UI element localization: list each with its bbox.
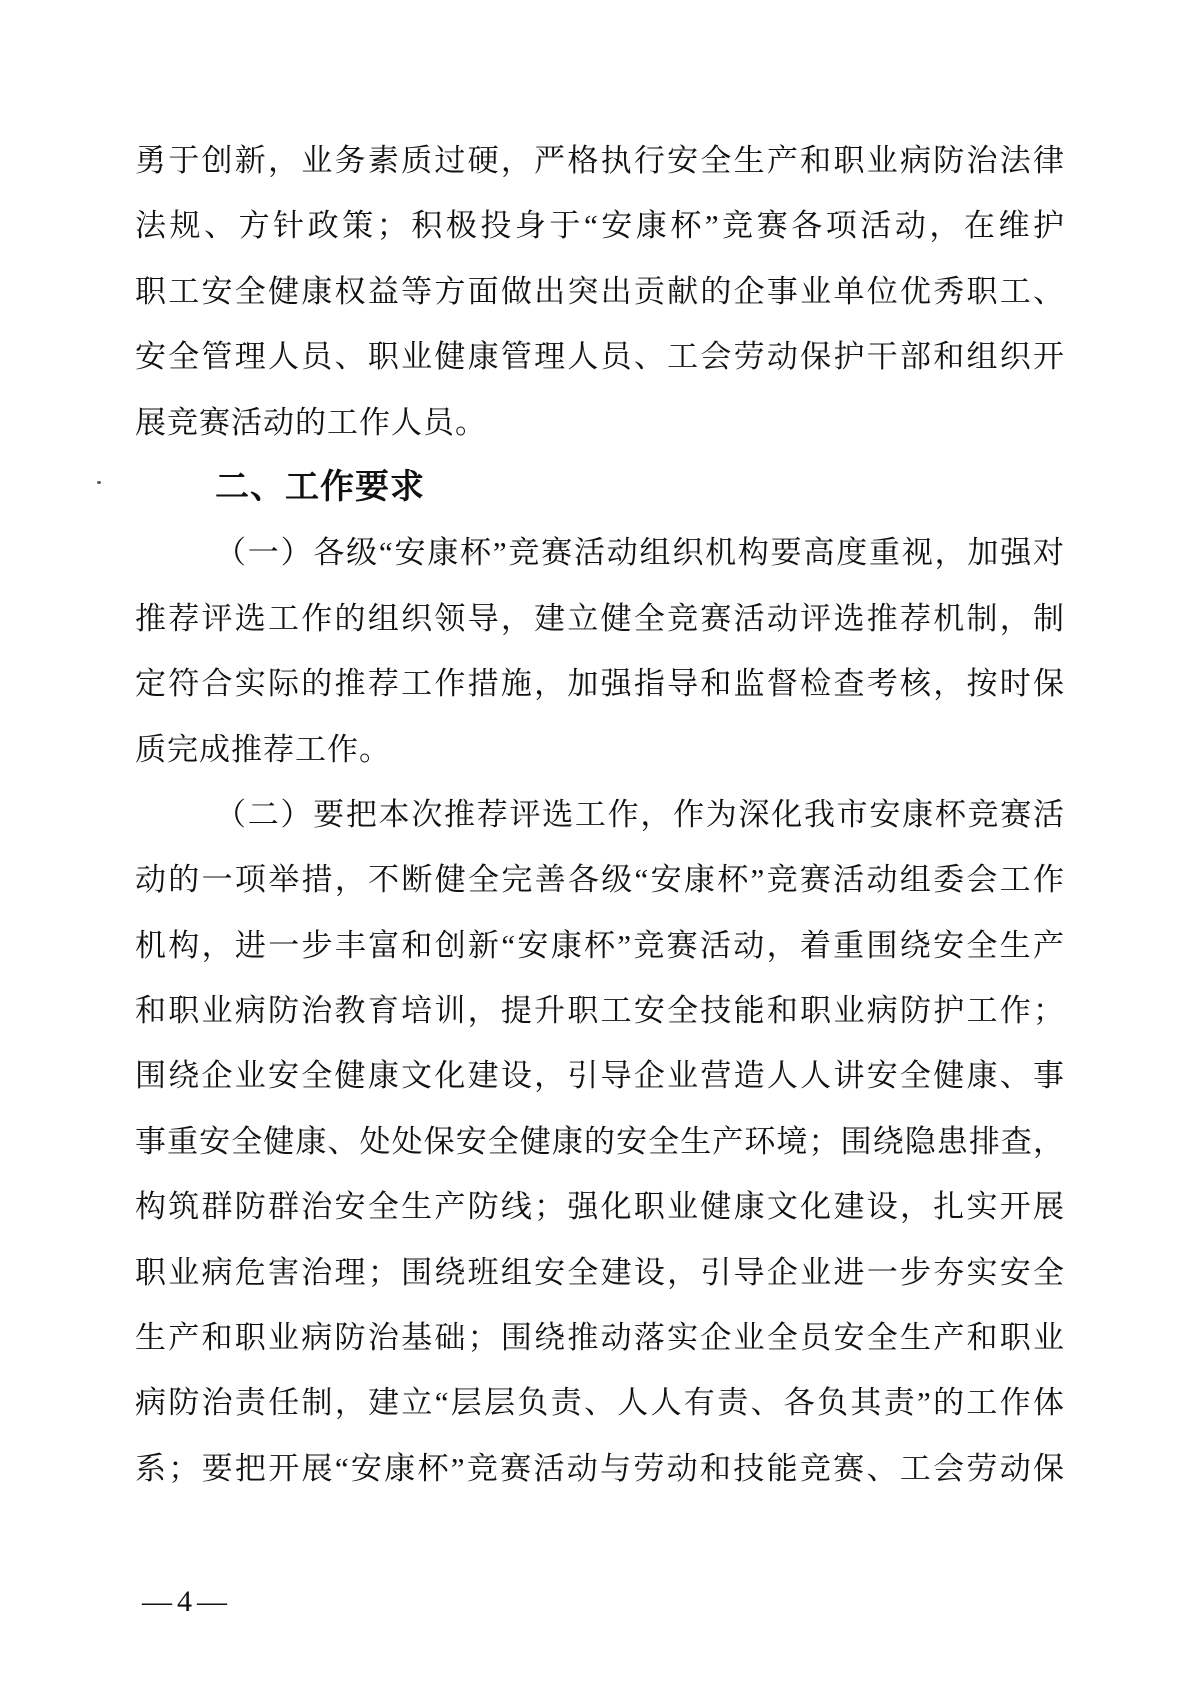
text-line: 机构，进一步丰富和创新“安康杯”竞赛活动，着重围绕安全生产 <box>135 913 1065 978</box>
text-line: 病防治责任制，建立“层层负责、人人有责、各负其责”的工作体 <box>135 1370 1065 1435</box>
text-line: 事重安全健康、处处保安全健康的安全生产环境；围绕隐患排查， <box>135 1109 1065 1174</box>
text-line: 职工安全健康权益等方面做出突出贡献的企事业单位优秀职工、 <box>135 259 1065 324</box>
text-line: 质完成推荐工作。 <box>135 717 1065 782</box>
text-line: 职业病危害治理；围绕班组安全建设，引导企业进一步夯实安全 <box>135 1240 1065 1305</box>
text-line: 推荐评选工作的组织领导，建立健全竞赛活动评选推荐机制，制 <box>135 586 1065 651</box>
document-page: 勇于创新，业务素质过硬，严格执行安全生产和职业病防治法律法规、方针政策；积极投身… <box>0 0 1201 1701</box>
text-line: 生产和职业病防治基础；围绕推动落实企业全员安全生产和职业 <box>135 1305 1065 1370</box>
document-body: 勇于创新，业务素质过硬，严格执行安全生产和职业病防治法律法规、方针政策；积极投身… <box>135 0 1065 1501</box>
text-line: 构筑群防群治安全生产防线；强化职业健康文化建设，扎实开展 <box>135 1174 1065 1239</box>
text-line: 动的一项举措，不断健全完善各级“安康杯”竞赛活动组委会工作 <box>135 847 1065 912</box>
text-line: 和职业病防治教育培训，提升职工安全技能和职业病防护工作； <box>135 978 1065 1043</box>
text-line: 法规、方针政策；积极投身于“安康杯”竞赛各项活动，在维护 <box>135 193 1065 258</box>
section-heading: 二、工作要求 <box>135 455 1065 520</box>
text-line: 安全管理人员、职业健康管理人员、工会劳动保护干部和组织开 <box>135 324 1065 389</box>
text-line: 系；要把开展“安康杯”竞赛活动与劳动和技能竞赛、工会劳动保 <box>135 1436 1065 1501</box>
text-line: 展竞赛活动的工作人员。 <box>135 390 1065 455</box>
text-line: 定符合实际的推荐工作措施，加强指导和监督检查考核，按时保 <box>135 651 1065 716</box>
text-line: 围绕企业安全健康文化建设，引导企业营造人人讲安全健康、事 <box>135 1043 1065 1108</box>
text-line: 勇于创新，业务素质过硬，严格执行安全生产和职业病防治法律 <box>135 128 1065 193</box>
text-line: （一）各级“安康杯”竞赛活动组织机构要高度重视，加强对 <box>135 520 1065 585</box>
page-number: —4— <box>142 1585 232 1619</box>
text-line: （二）要把本次推荐评选工作，作为深化我市安康杯竞赛活 <box>135 782 1065 847</box>
scan-speck <box>97 481 101 484</box>
